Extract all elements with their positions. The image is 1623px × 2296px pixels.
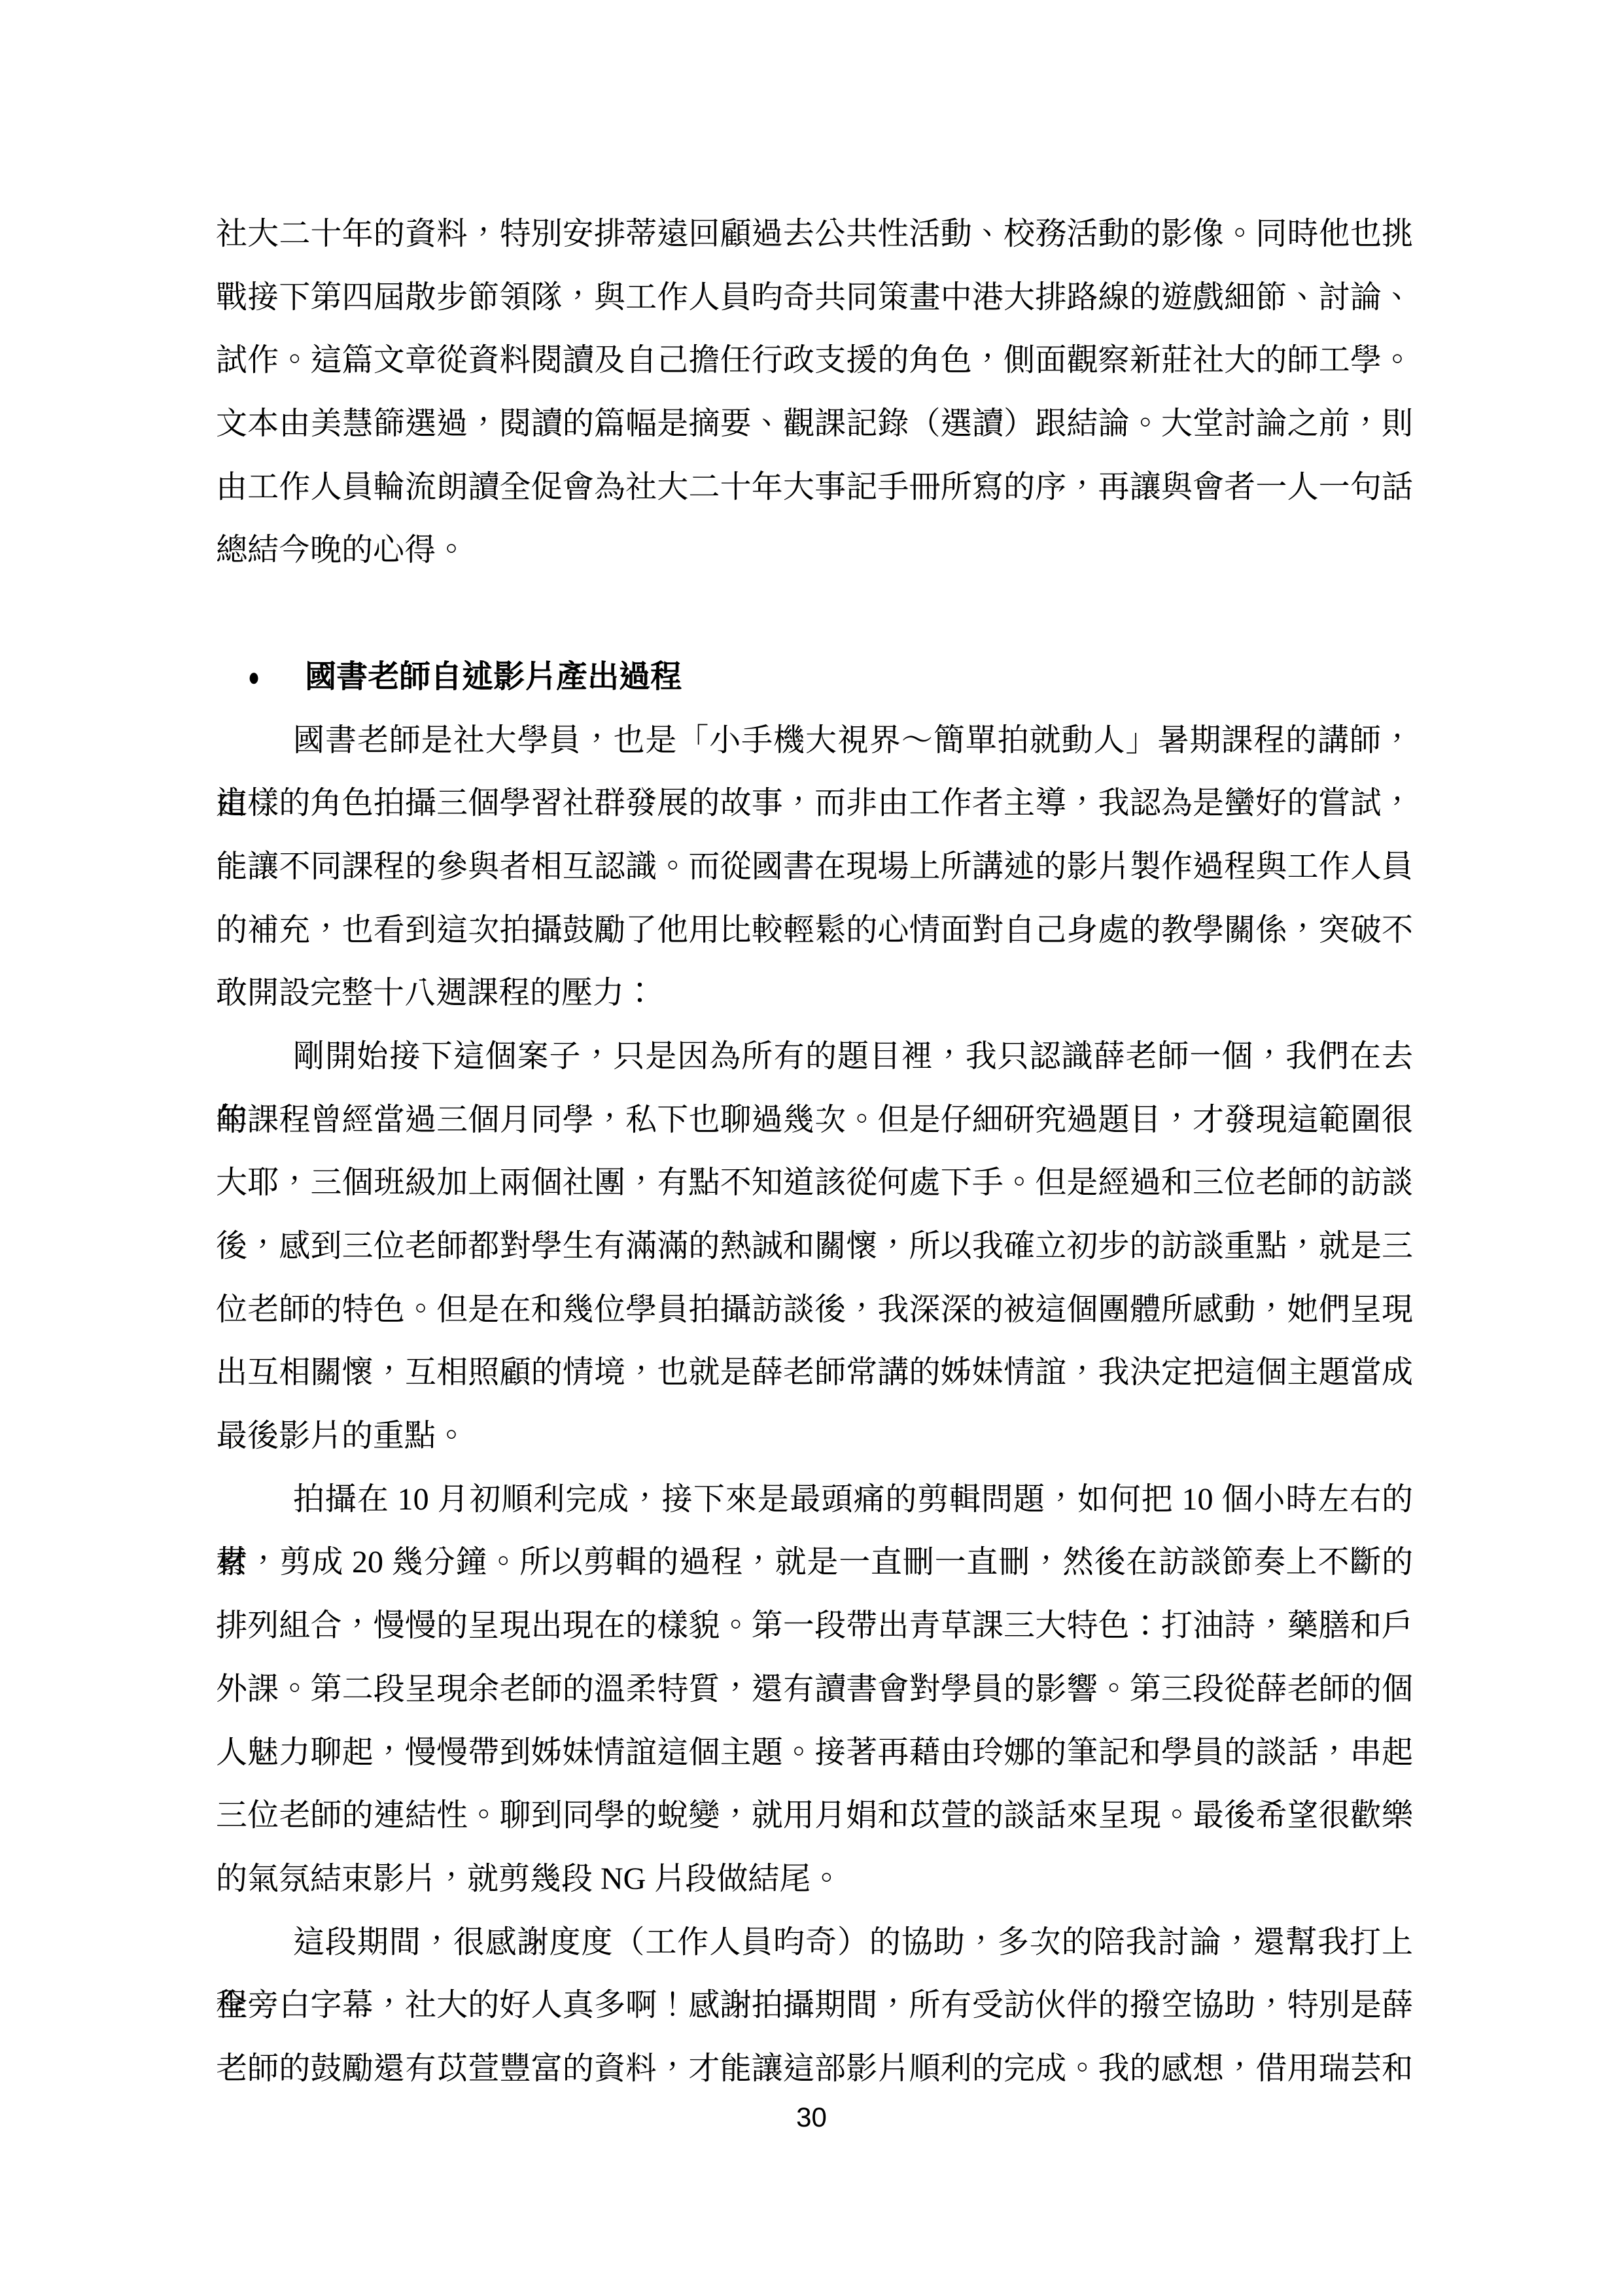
text-line: 排列組合，慢慢的呈現出現在的樣貌。第一段帶出青草課三大特色：打油詩，藥膳和戶 <box>216 1595 1413 1658</box>
page-footer: 30 <box>0 2098 1623 2137</box>
body-paragraph: 國書老師是社大學員，也是「小手機大視界～簡單拍就動人」暑期課程的講師，由這樣的角… <box>216 709 1413 1025</box>
text-line: 的氣氛結束影片，就剪幾段 NG 片段做結尾。 <box>216 1848 1413 1911</box>
text-line: 這段期間，很感謝度度（工作人員昀奇）的協助，多次的陪我討論，還幫我打上全 <box>216 1911 1413 1975</box>
text-line: 的補充，也看到這次拍攝鼓勵了他用比較輕鬆的心情面對自己身處的教學關係，突破不 <box>216 899 1413 963</box>
text-line: 大耶，三個班級加上兩個社團，有點不知道該從何處下手。但是經過和三位老師的訪談 <box>216 1152 1413 1215</box>
intro-paragraph: 社大二十年的資料，特別安排蒂遠回顧過去公共性活動、校務活動的影像。同時他也挑戰接… <box>216 203 1413 582</box>
text-line: 材，剪成 20 幾分鐘。所以剪輯的過程，就是一直刪一直刪，然後在訪談節奏上不斷的 <box>216 1531 1413 1595</box>
text-line: 外課。第二段呈現余老師的溫柔特質，還有讀書會對學員的影響。第三段從薛老師的個 <box>216 1658 1413 1722</box>
quote-paragraphs: 剛開始接下這個案子，只是因為所有的題目裡，我只認識薛老師一個，我們在去年的課程曾… <box>216 1025 1413 2101</box>
text-line: 戰接下第四屆散步節領隊，與工作人員昀奇共同策畫中港大排路線的遊戲細節、討論、 <box>216 266 1413 330</box>
bullet-icon: ● <box>248 664 260 690</box>
text-line: 拍攝在 10 月初順利完成，接下來是最頭痛的剪輯問題，如何把 10 個小時左右的… <box>216 1468 1413 1532</box>
text-line: 後，感到三位老師都對學生有滿滿的熱誠和關懷，所以我確立初步的訪談重點，就是三 <box>216 1215 1413 1279</box>
document-content: 社大二十年的資料，特別安排蒂遠回顧過去公共性活動、校務活動的影像。同時他也挑戰接… <box>216 203 1413 2101</box>
text-line: 最後影片的重點。 <box>216 1405 1413 1468</box>
section-heading: ● 國書老師自述影片產出過程 <box>216 646 1413 709</box>
text-line: 出互相關懷，互相照顧的情境，也就是薛老師常講的姊妹情誼，我決定把這個主題當成 <box>216 1341 1413 1405</box>
text-line: 能讓不同課程的參與者相互認識。而從國書在現場上所講述的影片製作過程與工作人員 <box>216 836 1413 899</box>
text-line: 文本由美慧篩選過，閱讀的篇幅是摘要、觀課記錄（選讀）跟結論。大堂討論之前，則 <box>216 393 1413 456</box>
text-line: 程旁白字幕，社大的好人真多啊！感謝拍攝期間，所有受訪伙伴的撥空協助，特別是薛 <box>216 1974 1413 2038</box>
text-line: 人魅力聊起，慢慢帶到姊妹情誼這個主題。接著再藉由玲娜的筆記和學員的談話，串起 <box>216 1722 1413 1785</box>
text-line: 位老師的特色。但是在和幾位學員拍攝訪談後，我深深的被這個團體所感動，她們呈現 <box>216 1279 1413 1342</box>
section-title: 國書老師自述影片產出過程 <box>305 646 682 709</box>
text-line: 試作。這篇文章從資料閱讀及自己擔任行政支援的角色，側面觀察新莊社大的師工學。 <box>216 329 1413 393</box>
text-line: 剛開始接下這個案子，只是因為所有的題目裡，我只認識薛老師一個，我們在去年 <box>216 1025 1413 1089</box>
text-line: 這樣的角色拍攝三個學習社群發展的故事，而非由工作者主導，我認為是蠻好的嘗試， <box>216 772 1413 836</box>
text-line: 老師的鼓勵還有苡萱豐富的資料，才能讓這部影片順利的完成。我的感想，借用瑞芸和 <box>216 2038 1413 2101</box>
document-page: 社大二十年的資料，特別安排蒂遠回顧過去公共性活動、校務活動的影像。同時他也挑戰接… <box>0 0 1623 2296</box>
text-line: 社大二十年的資料，特別安排蒂遠回顧過去公共性活動、校務活動的影像。同時他也挑 <box>216 203 1413 266</box>
text-line: 三位老師的連結性。聊到同學的蛻變，就用月娟和苡萱的談話來呈現。最後希望很歡樂 <box>216 1784 1413 1848</box>
page-number: 30 <box>796 2102 827 2132</box>
text-line: 的課程曾經當過三個月同學，私下也聊過幾次。但是仔細研究過題目，才發現這範圍很 <box>216 1089 1413 1152</box>
text-line: 由工作人員輪流朗讀全促會為社大二十年大事記手冊所寫的序，再讓與會者一人一句話 <box>216 456 1413 520</box>
text-line: 總結今晚的心得。 <box>216 519 1413 582</box>
text-line: 敢開設完整十八週課程的壓力： <box>216 962 1413 1025</box>
text-line: 國書老師是社大學員，也是「小手機大視界～簡單拍就動人」暑期課程的講師，由 <box>216 709 1413 773</box>
